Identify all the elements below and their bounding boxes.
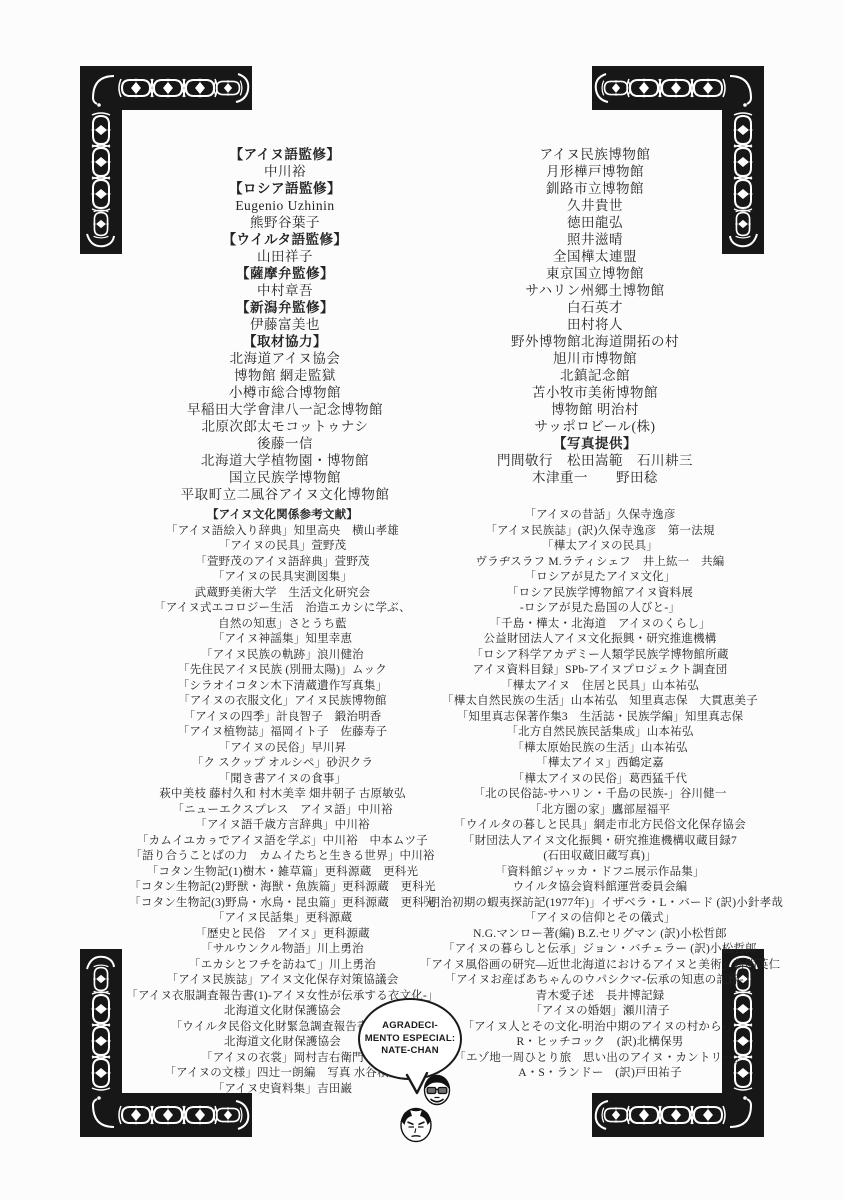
reference-line: 「知里真志保著作集3 生活誌・民族学編」知里真志保 xyxy=(390,710,810,726)
bubble-text-line: AGRADECI- xyxy=(382,1020,438,1032)
reference-line: 「千島・樺太・北海道 アイヌのくらし」 xyxy=(390,617,810,633)
reference-line: ウイルタ協会資料館運営委員会編 xyxy=(390,880,810,896)
character-face-glasses xyxy=(425,1076,450,1105)
reference-line: 「ロシア民族学博物館アイヌ資料展 xyxy=(390,586,810,602)
credit-line: 野外博物館北海道開拓の村 xyxy=(400,333,790,350)
reference-line: ヴラヂスラフ M.ラティシェフ 井上紘一 共編 xyxy=(390,555,810,571)
references-right-column: 「アイヌの昔話」久保寺逸彦「アイヌ民族誌」(訳)久保寺逸彦 第一法規「樺太アイヌ… xyxy=(390,508,810,1082)
credit-line: 北鎮記念館 xyxy=(400,367,790,384)
credit-line: 田村将人 xyxy=(400,316,790,333)
credit-line: サハリン州郷土博物館 xyxy=(400,282,790,299)
reference-line: 「樺太アイヌ」西鶴定嘉 xyxy=(390,756,810,772)
reference-line: 青木愛子述 長井博記録 xyxy=(390,989,810,1005)
reference-line: 「アイヌの信仰とその儀式」 xyxy=(390,911,810,927)
reference-line: 「アイヌ風俗画の研究—近世北海道におけるアイヌと美術」新明英仁 xyxy=(390,958,810,974)
character-face-frowning xyxy=(401,1108,431,1141)
credit-line: 旭川市博物館 xyxy=(400,350,790,367)
credit-line: アイヌ民族博物館 xyxy=(400,146,790,163)
reference-line: アイヌ資料目録」SPb-アイヌプロジェクト調査団 xyxy=(390,663,810,679)
reference-line: 「樺太自然民族の生活」山本祐弘 知里真志保 大貫恵美子 xyxy=(390,694,810,710)
reference-line: 「ロシア科学アカデミー人類学民族学博物館所蔵 xyxy=(390,648,810,664)
credit-line: 平取町立二風谷アイヌ文化博物館 xyxy=(70,486,500,503)
reference-line: 「アイヌ民族誌」(訳)久保寺逸彦 第一法規 xyxy=(390,524,810,540)
reference-line: N.G.マンロー著(編) B.Z.セリグマン (訳)小松哲郎 xyxy=(390,927,810,943)
reference-line: 「ウイルタの暮しと民具」網走市北方民俗文化保存協会 xyxy=(390,818,810,834)
reference-line: 「北方圏の家」鷹部屋福平 xyxy=(390,803,810,819)
credit-line: 月形樺戸博物館 xyxy=(400,163,790,180)
credit-line: 釧路市立博物館 xyxy=(400,180,790,197)
bubble-text-line: MENTO ESPECIAL: xyxy=(365,1033,455,1045)
credit-line: 博物館 明治村 xyxy=(400,401,790,418)
credit-line: サッポロビール(株) xyxy=(400,418,790,435)
reference-line: (石田収蔵旧蔵写真)」 xyxy=(390,849,810,865)
credit-line: 全国樺太連盟 xyxy=(400,248,790,265)
credit-line: 東京国立博物館 xyxy=(400,265,790,282)
reference-line: 「樺太アイヌの民具」 xyxy=(390,539,810,555)
credit-line: 照井滋晴 xyxy=(400,231,790,248)
reference-line: 「資料館ジャッカ・ドフニ展示作品集」 xyxy=(390,865,810,881)
reference-line: 「アイヌの昔話」久保寺逸彦 xyxy=(390,508,810,524)
credit-line: 【写真提供】 xyxy=(400,435,790,452)
reference-line: 「北方自然民族民話集成」山本祐弘 xyxy=(390,725,810,741)
credit-line: 白石英才 xyxy=(400,299,790,316)
reference-line: 「アイヌお産ばあちゃんのウパシクマ-伝承の知恵の記録-」 xyxy=(390,973,810,989)
reference-line: 「樺太アイヌ 住居と民具」山本祐弘 xyxy=(390,679,810,695)
reference-line: 「北の民俗誌-サハリン・千島の民族-」谷川健一 xyxy=(390,787,810,803)
reference-line: 「明治初期の蝦夷探訪記(1977年)」イザベラ・L・バード (訳)小針孝哉 xyxy=(390,896,810,912)
reference-line: 「樺太アイヌの民俗」葛西猛千代 xyxy=(390,772,810,788)
bubble-text-line: NATE-CHAN xyxy=(381,1045,439,1057)
manga-credits-page: 【アイヌ語監修】中川裕【ロシア語監修】Eugenio Uzhinin熊野谷葉子【… xyxy=(0,0,844,1200)
credit-line: 苫小牧市美術博物館 xyxy=(400,384,790,401)
credit-line: 門間敬行 松田嵩範 石川耕三 xyxy=(400,452,790,469)
reference-line: 「樺太原始民族の生活」山本祐弘 xyxy=(390,741,810,757)
reference-line: 公益財団法人アイヌ文化振興・研究推進機構 xyxy=(390,632,810,648)
reference-line: 「アイヌの暮らしと伝承」ジョン・バチェラー (訳)小松哲郎 xyxy=(390,942,810,958)
reference-line: -ロシアが見た島国の人びと-」 xyxy=(390,601,810,617)
reference-line: 「財団法人アイヌ文化振興・研究推進機構収蔵目録7 xyxy=(390,834,810,850)
credit-line: 久井貴世 xyxy=(400,197,790,214)
credit-line: 木津重一 野田稔 xyxy=(400,469,790,486)
credit-line: 徳田龍弘 xyxy=(400,214,790,231)
author-caricature-faces xyxy=(396,1064,462,1150)
reference-line: 「ロシアが見たアイヌ文化」 xyxy=(390,570,810,586)
credits-cooperation-column: アイヌ民族博物館月形樺戸博物館釧路市立博物館久井貴世徳田龍弘照井滋晴全国樺太連盟… xyxy=(400,146,790,486)
